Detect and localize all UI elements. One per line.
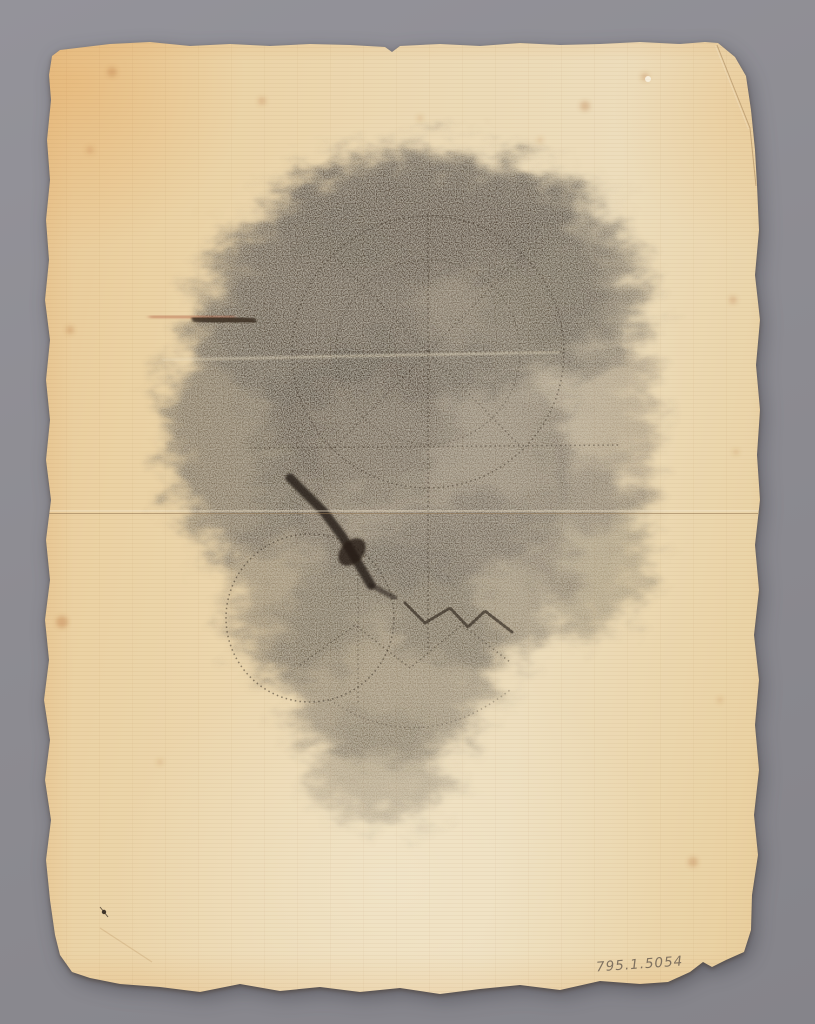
white-fleck: [645, 76, 651, 82]
corner-crease-bottom-left: [100, 928, 152, 962]
photo-backdrop: 795.1.5054: [0, 0, 815, 1024]
paper-shadow: 795.1.5054: [0, 0, 815, 1024]
corner-crease-top-right: [716, 45, 757, 186]
artwork-drawing: [0, 0, 815, 1024]
paper-sheet: 795.1.5054: [0, 0, 815, 1024]
ink-speck: [100, 907, 108, 917]
